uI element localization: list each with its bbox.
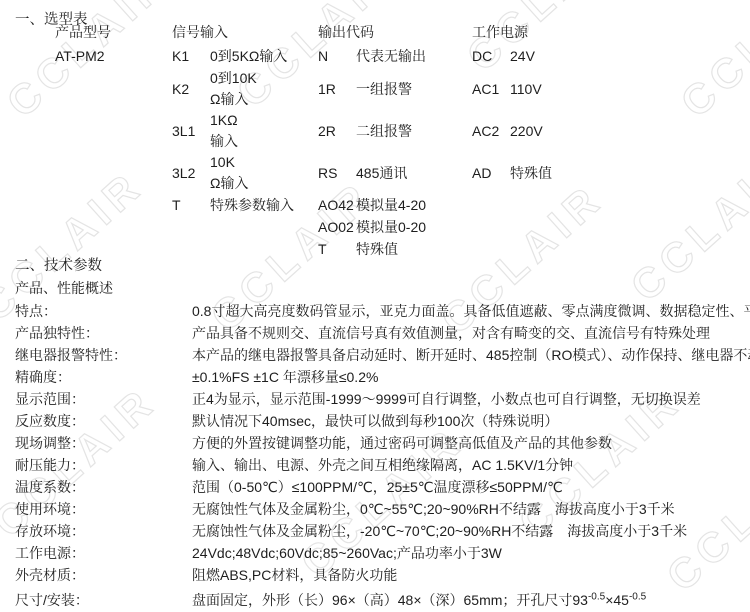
tolerance-superscript: -0.5	[588, 591, 605, 602]
parameter-value: 24Vdc;48Vdc;60Vdc;85~260Vac;产品功率小于3W	[192, 543, 745, 563]
column-header-power: 工作电源	[472, 22, 745, 42]
parameter-row: 尺寸/安装： 盘面固定，外形（长）96×（高）48×（深）65mm；开孔尺寸93…	[15, 586, 745, 612]
power-code: AC1	[472, 81, 510, 97]
parameter-row: 继电器报警特性：本产品的继电器报警具备启动延时、断开延时、485控制（RO模式）…	[15, 344, 745, 366]
power-value: 24V	[510, 46, 535, 67]
parameter-row: 现场调整：方便的外置按键调整功能，通过密码可调整高低值及产品的其他参数	[15, 432, 745, 454]
parameter-label: 现场调整：	[15, 433, 192, 453]
power-code: AD	[472, 165, 510, 181]
output-code: AO02	[318, 219, 356, 235]
output-value: 模拟量4-20	[356, 195, 426, 216]
output-value: 代表无输出	[356, 46, 426, 67]
parameter-value: 0.8寸超大高亮度数码管显示，亚克力面盖。具备低值遮蔽、零点满度微调、数据稳定性…	[192, 301, 750, 321]
parameter-label: 工作电源：	[15, 543, 192, 563]
parameter-label: 精确度：	[15, 367, 192, 387]
output-value: 二组报警	[356, 121, 412, 142]
parameter-value: 阻燃ABS,PC材料，具备防火功能	[192, 565, 745, 585]
datasheet-page: 一、选型表 产品型号 信号输入 输出代码 工作电源 AT-PM2 K10到5KΩ…	[0, 0, 750, 612]
parameter-label: 存放环境：	[15, 521, 192, 541]
table-row: T特殊参数输入 AO42模拟量4-20	[55, 194, 745, 216]
model-value: AT-PM2	[55, 48, 172, 64]
parameter-value: 范围（0-50℃）≤100PPM/℃，25±5℃温度漂移≤50PPM/℃	[192, 477, 745, 497]
parameter-row: 特点：0.8寸超大高亮度数码管显示，亚克力面盖。具备低值遮蔽、零点满度微调、数据…	[15, 300, 745, 322]
column-header-signal: 信号输入	[172, 22, 318, 42]
signal-value: 0到10K Ω输入	[210, 68, 257, 110]
parameter-row: 使用环境：无腐蚀性气体及金属粉尘，0℃~55℃;20~90%RH不结露 海拔高度…	[15, 498, 745, 520]
parameter-value: 输入、输出、电源、外壳之间互相绝缘隔离，AC 1.5KV/1分钟	[192, 455, 745, 475]
selection-table: 产品型号 信号输入 输出代码 工作电源 AT-PM2 K10到5KΩ输入 N代表…	[55, 20, 745, 260]
signal-value: 10K Ω输入	[210, 152, 248, 194]
parameter-row: 温度系数：范围（0-50℃）≤100PPM/℃，25±5℃温度漂移≤50PPM/…	[15, 476, 745, 498]
parameter-row: 工作电源：24Vdc;48Vdc;60Vdc;85~260Vac;产品功率小于3…	[15, 542, 745, 564]
output-code: T	[318, 241, 356, 257]
parameter-label: 耐压能力：	[15, 455, 192, 475]
parameter-value: 方便的外置按键调整功能，通过密码可调整高低值及产品的其他参数	[192, 433, 745, 453]
dimension-text: ×45	[605, 592, 629, 608]
parameter-row: 精确度：±0.1%FS ±1C 年漂移量≤0.2%	[15, 366, 745, 388]
parameter-label: 温度系数：	[15, 477, 192, 497]
tolerance-superscript: -0.5	[629, 591, 646, 602]
table-row: T特殊值	[55, 238, 745, 260]
parameter-row: 外壳材质：阻燃ABS,PC材料，具备防火功能	[15, 564, 745, 586]
parameter-value: 盘面固定，外形（长）96×（高）48×（深）65mm；开孔尺寸93-0.5×45…	[192, 590, 745, 610]
tech-heading: 二、技术参数	[15, 254, 102, 275]
power-value: 特殊值	[510, 163, 552, 184]
signal-value: 特殊参数输入	[210, 195, 294, 216]
power-code: DC	[472, 48, 510, 64]
power-value: 110V	[510, 79, 542, 100]
dimension-text: 盘面固定，外形（长）96×（高）48×（深）65mm；开孔尺寸93	[192, 592, 588, 608]
parameter-value: 本产品的继电器报警具备启动延时、断开延时、485控制（RO模式）、动作保持、继电…	[192, 345, 750, 365]
signal-value: 1KΩ 输入	[210, 110, 238, 152]
output-code: 2R	[318, 123, 356, 139]
output-value: 一组报警	[356, 79, 412, 100]
parameter-label: 外壳材质：	[15, 565, 192, 585]
signal-code: K2	[172, 81, 210, 97]
output-value: 485通讯	[356, 163, 407, 184]
table-row: K20到10K Ω输入 1R一组报警 AC1110V	[55, 68, 745, 110]
parameter-value: 正4为显示，显示范围-1999～9999可自行调整，小数点也可自行调整，无切换误…	[192, 389, 745, 409]
table-row: AO02模拟量0-20	[55, 216, 745, 238]
output-code: 1R	[318, 81, 356, 97]
parameter-row: 反应数度：默认情况下40msec，最快可以做到每秒100次（特殊说明）	[15, 410, 745, 432]
parameter-label: 反应数度：	[15, 411, 192, 431]
table-row: 3L210K Ω输入 RS485通讯 AD特殊值	[55, 152, 745, 194]
signal-value: 0到5KΩ输入	[210, 46, 287, 67]
signal-code: T	[172, 197, 210, 213]
column-header-output: 输出代码	[318, 22, 472, 42]
output-code: RS	[318, 165, 356, 181]
parameter-row: 存放环境：无腐蚀性气体及金属粉尘，-20℃~70℃;20~90%RH不结露 海拔…	[15, 520, 745, 542]
parameter-value: 无腐蚀性气体及金属粉尘，0℃~55℃;20~90%RH不结露 海拔高度小于3千米	[192, 499, 745, 519]
parameter-value: 默认情况下40msec，最快可以做到每秒100次（特殊说明）	[192, 411, 745, 431]
table-row: AT-PM2 K10到5KΩ输入 N代表无输出 DC24V	[55, 44, 745, 68]
power-value: 220V	[510, 121, 543, 142]
power-code: AC2	[472, 123, 510, 139]
output-value: 特殊值	[356, 239, 398, 260]
parameter-label: 产品独特性：	[15, 323, 192, 343]
table-row: 3L11KΩ 输入 2R二组报警 AC2220V	[55, 110, 745, 152]
column-header-model: 产品型号	[55, 22, 172, 42]
signal-code: 3L2	[172, 165, 210, 181]
tech-parameter-list: 特点：0.8寸超大高亮度数码管显示，亚克力面盖。具备低值遮蔽、零点满度微调、数据…	[15, 300, 745, 612]
output-code: N	[318, 48, 356, 64]
parameter-label: 显示范围：	[15, 389, 192, 409]
output-value: 模拟量0-20	[356, 217, 426, 238]
signal-code: K1	[172, 48, 210, 64]
parameter-value: 产品具备不规则交、直流信号真有效值测量，对含有畸变的交、直流信号有特殊处理	[192, 323, 745, 343]
parameter-value: ±0.1%FS ±1C 年漂移量≤0.2%	[192, 367, 745, 387]
parameter-value: 无腐蚀性气体及金属粉尘，-20℃~70℃;20~90%RH不结露 海拔高度小于3…	[192, 521, 745, 541]
signal-code: 3L1	[172, 123, 210, 139]
selection-table-header: 产品型号 信号输入 输出代码 工作电源	[55, 20, 745, 44]
output-code: AO42	[318, 197, 356, 213]
parameter-row: 产品独特性：产品具备不规则交、直流信号真有效值测量，对含有畸变的交、直流信号有特…	[15, 322, 745, 344]
tech-subheading: 产品、性能概述	[15, 278, 113, 298]
parameter-row: 显示范围：正4为显示，显示范围-1999～9999可自行调整，小数点也可自行调整…	[15, 388, 745, 410]
parameter-label: 使用环境：	[15, 499, 192, 519]
parameter-row: 耐压能力：输入、输出、电源、外壳之间互相绝缘隔离，AC 1.5KV/1分钟	[15, 454, 745, 476]
parameter-label: 尺寸/安装：	[15, 590, 192, 610]
parameter-label: 特点：	[15, 301, 192, 321]
parameter-label: 继电器报警特性：	[15, 345, 192, 365]
